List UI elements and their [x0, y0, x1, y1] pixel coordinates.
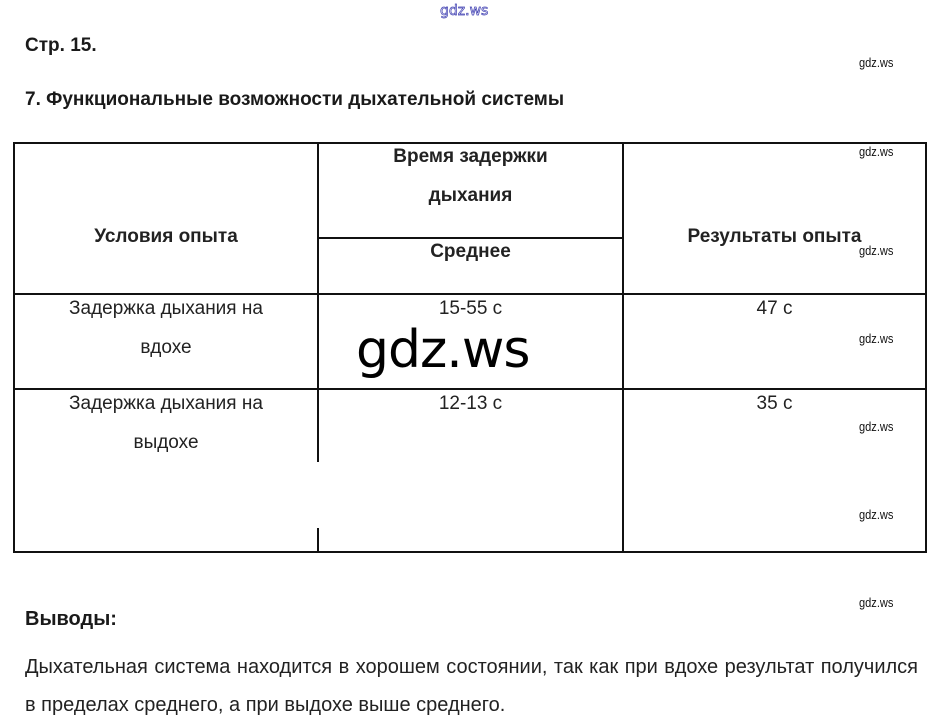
section-title: 7. Функциональные возможности дыхательно…: [25, 89, 564, 111]
watermark-small: gdz.ws: [859, 419, 893, 434]
row2-average: 12-13 с: [319, 384, 622, 423]
header-average: Среднее: [319, 232, 622, 271]
row2-condition-line2: выдохе: [15, 423, 317, 462]
table-border-bottom: [13, 551, 927, 553]
watermark-big: gdz.ws: [356, 320, 529, 380]
row2-condition-line1: Задержка дыхания на: [15, 384, 317, 423]
watermark-small: gdz.ws: [859, 144, 893, 159]
conclusions-text: Дыхательная система находится в хорошем …: [25, 648, 918, 724]
header-breath-hold-line1: Время задержки: [319, 137, 622, 176]
watermark-small: gdz.ws: [859, 595, 893, 610]
table-col-divider-1-lower: [317, 528, 319, 553]
row1-condition-line2: вдохе: [15, 328, 317, 367]
page-label: Стр. 15.: [25, 35, 97, 57]
watermark-small: gdz.ws: [859, 507, 893, 522]
row1-condition-line1: Задержка дыхания на: [15, 289, 317, 328]
header-conditions: Условия опыта: [15, 217, 317, 256]
row1-result: 47 с: [624, 289, 925, 328]
watermark-small: gdz.ws: [859, 331, 893, 346]
table-col-divider-2: [622, 142, 624, 553]
watermark-small: gdz.ws: [859, 243, 893, 258]
row2-result: 35 с: [624, 384, 925, 423]
watermark-top: gdz.ws: [440, 3, 488, 19]
conclusions-heading: Выводы:: [25, 608, 117, 631]
table-border-right: [925, 142, 927, 553]
header-breath-hold-line2: дыхания: [319, 176, 622, 215]
watermark-small: gdz.ws: [859, 55, 893, 70]
